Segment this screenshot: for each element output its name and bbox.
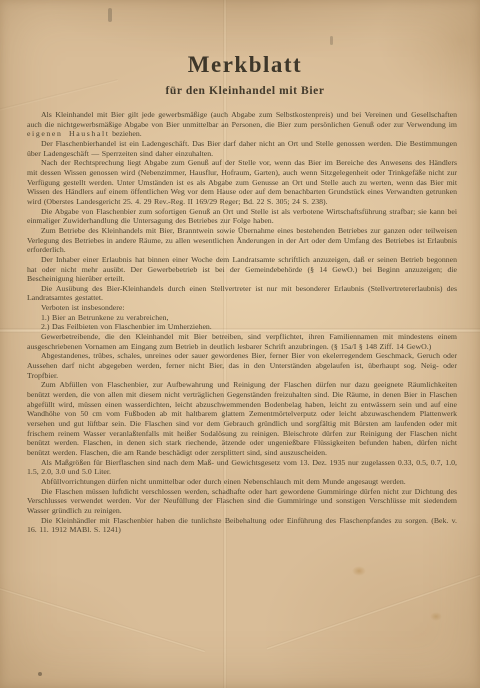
- stain-streak: [108, 8, 112, 22]
- stain-spot: [352, 566, 366, 576]
- paragraph-text: Als Kleinhandel mit Bier gilt jede gewer…: [27, 110, 457, 129]
- paragraph: Der Flaschenbierhandel ist ein Ladengesc…: [27, 139, 457, 158]
- paragraph: Die Ausübung des Bier-Kleinhandels durch…: [27, 284, 457, 303]
- paragraph: Die Abgabe von Flaschenbier zum sofortig…: [27, 207, 457, 226]
- crease-diagonal-bottom-right: [267, 563, 480, 650]
- paragraph: Zum Betriebe des Kleinhandels mit Bier, …: [27, 226, 457, 255]
- stain-spot: [430, 612, 442, 621]
- paragraph: Nach der Rechtsprechung liegt Abgabe zum…: [27, 158, 457, 206]
- document-subtitle: für den Kleinhandel mit Bier: [10, 85, 480, 97]
- paragraph: Gewerbetreibende, die den Kleinhandel mi…: [27, 332, 457, 351]
- stain-speck: [38, 672, 42, 676]
- paragraph: Die Flaschen müssen luftdicht verschloss…: [27, 487, 457, 516]
- letterspaced-phrase: eigenen Haushalt: [27, 129, 110, 138]
- paragraph: Abgestandenes, trübes, schales, unreines…: [27, 351, 457, 380]
- paragraph: Zum Abfüllen von Flaschenbier, zur Aufbe…: [27, 380, 457, 457]
- list-item: 1.) Bier an Betrunkene zu verabreichen,: [27, 313, 457, 323]
- paragraph-text: beziehen.: [110, 129, 142, 138]
- paragraph: Verboten ist insbesondere:: [27, 303, 457, 313]
- paragraph: Als Kleinhandel mit Bier gilt jede gewer…: [27, 110, 457, 139]
- document-header: Merkblatt für den Kleinhandel mit Bier: [10, 52, 480, 97]
- paragraph: Der Inhaber einer Erlaubnis hat binnen e…: [27, 255, 457, 284]
- crease-diagonal-bottom-left: [0, 580, 205, 653]
- list-item: 2.) Das Feilbieten von Flaschenbier im U…: [27, 322, 457, 332]
- paragraph: Die Kleinhändler mit Flaschenbier haben …: [27, 516, 457, 535]
- document-body: Als Kleinhandel mit Bier gilt jede gewer…: [27, 110, 457, 535]
- paragraph: Abfüllvorrichtungen dürfen nicht unmitte…: [27, 477, 457, 487]
- scanned-document-page: Merkblatt für den Kleinhandel mit Bier A…: [0, 0, 480, 688]
- document-title: Merkblatt: [10, 52, 480, 78]
- paragraph: Als Maßgrößen für Bierflaschen sind nach…: [27, 458, 457, 477]
- stain-streak: [330, 36, 333, 45]
